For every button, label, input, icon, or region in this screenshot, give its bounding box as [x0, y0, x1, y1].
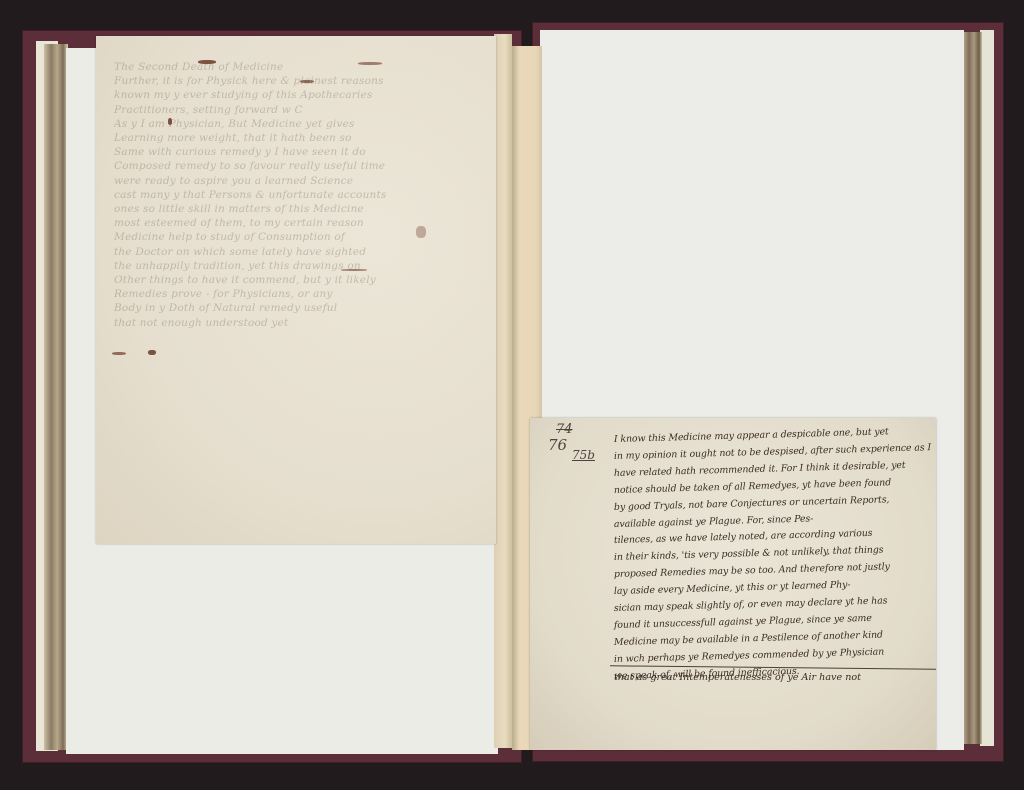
faded-line: The Second Death of Medicine [114, 60, 474, 74]
faded-line: the Doctor on which some lately have sig… [114, 245, 474, 259]
handwritten-text-block: I know this Medicine may appear a despic… [614, 432, 932, 686]
faded-line: Learning more weight, that it hath been … [114, 131, 474, 145]
ink-blot [416, 226, 426, 238]
ink-blot [112, 352, 126, 355]
faded-line: Same with curious remedy y I have seen i… [114, 145, 474, 159]
faded-line: were ready to aspire you a learned Scien… [114, 174, 474, 188]
faded-line: Composed remedy to so favour really usef… [114, 159, 474, 173]
ink-blot [358, 62, 382, 65]
faded-line: Other things to have it commend, but y i… [114, 273, 474, 287]
faded-line: ones so little skill in matters of this … [114, 202, 474, 216]
faded-text-block: The Second Death of Medicine Further, it… [114, 60, 474, 330]
handwritten-tail-line: that as great Intemperatenesses of ye Ai… [614, 672, 861, 683]
manuscript-sheet-left: The Second Death of Medicine Further, it… [96, 36, 496, 544]
manuscript-sheet-right: 74 76 75b I know this Medicine may appea… [530, 418, 936, 750]
ink-blot [300, 80, 314, 83]
ink-blot [168, 118, 172, 125]
deckle-edge-left [44, 44, 68, 750]
gutter-strip-left [494, 34, 512, 748]
faded-line: known my y ever studying of this Apothec… [114, 88, 474, 102]
folio-mark: 75b [572, 448, 595, 462]
ink-blot [198, 60, 216, 64]
faded-line: Practitioners, setting forward w C [114, 103, 474, 117]
page-edge-right [980, 30, 994, 746]
faded-line: that not enough understood yet [114, 316, 474, 330]
faded-line: the unhappily tradition, yet this drawin… [114, 259, 474, 273]
faded-line: Remedies prove - for Physicians, or any [114, 287, 474, 301]
deckle-edge-right [962, 32, 982, 744]
folio-number: 76 [548, 436, 567, 454]
ink-blot [148, 350, 156, 355]
folio-number-struck: 74 [556, 422, 573, 437]
ink-blot [341, 269, 367, 271]
faded-line: Body in y Doth of Natural remedy useful [114, 301, 474, 315]
faded-line: Further, it is for Physick here & plaine… [114, 74, 474, 88]
faded-line: cast many y that Persons & unfortunate a… [114, 188, 474, 202]
